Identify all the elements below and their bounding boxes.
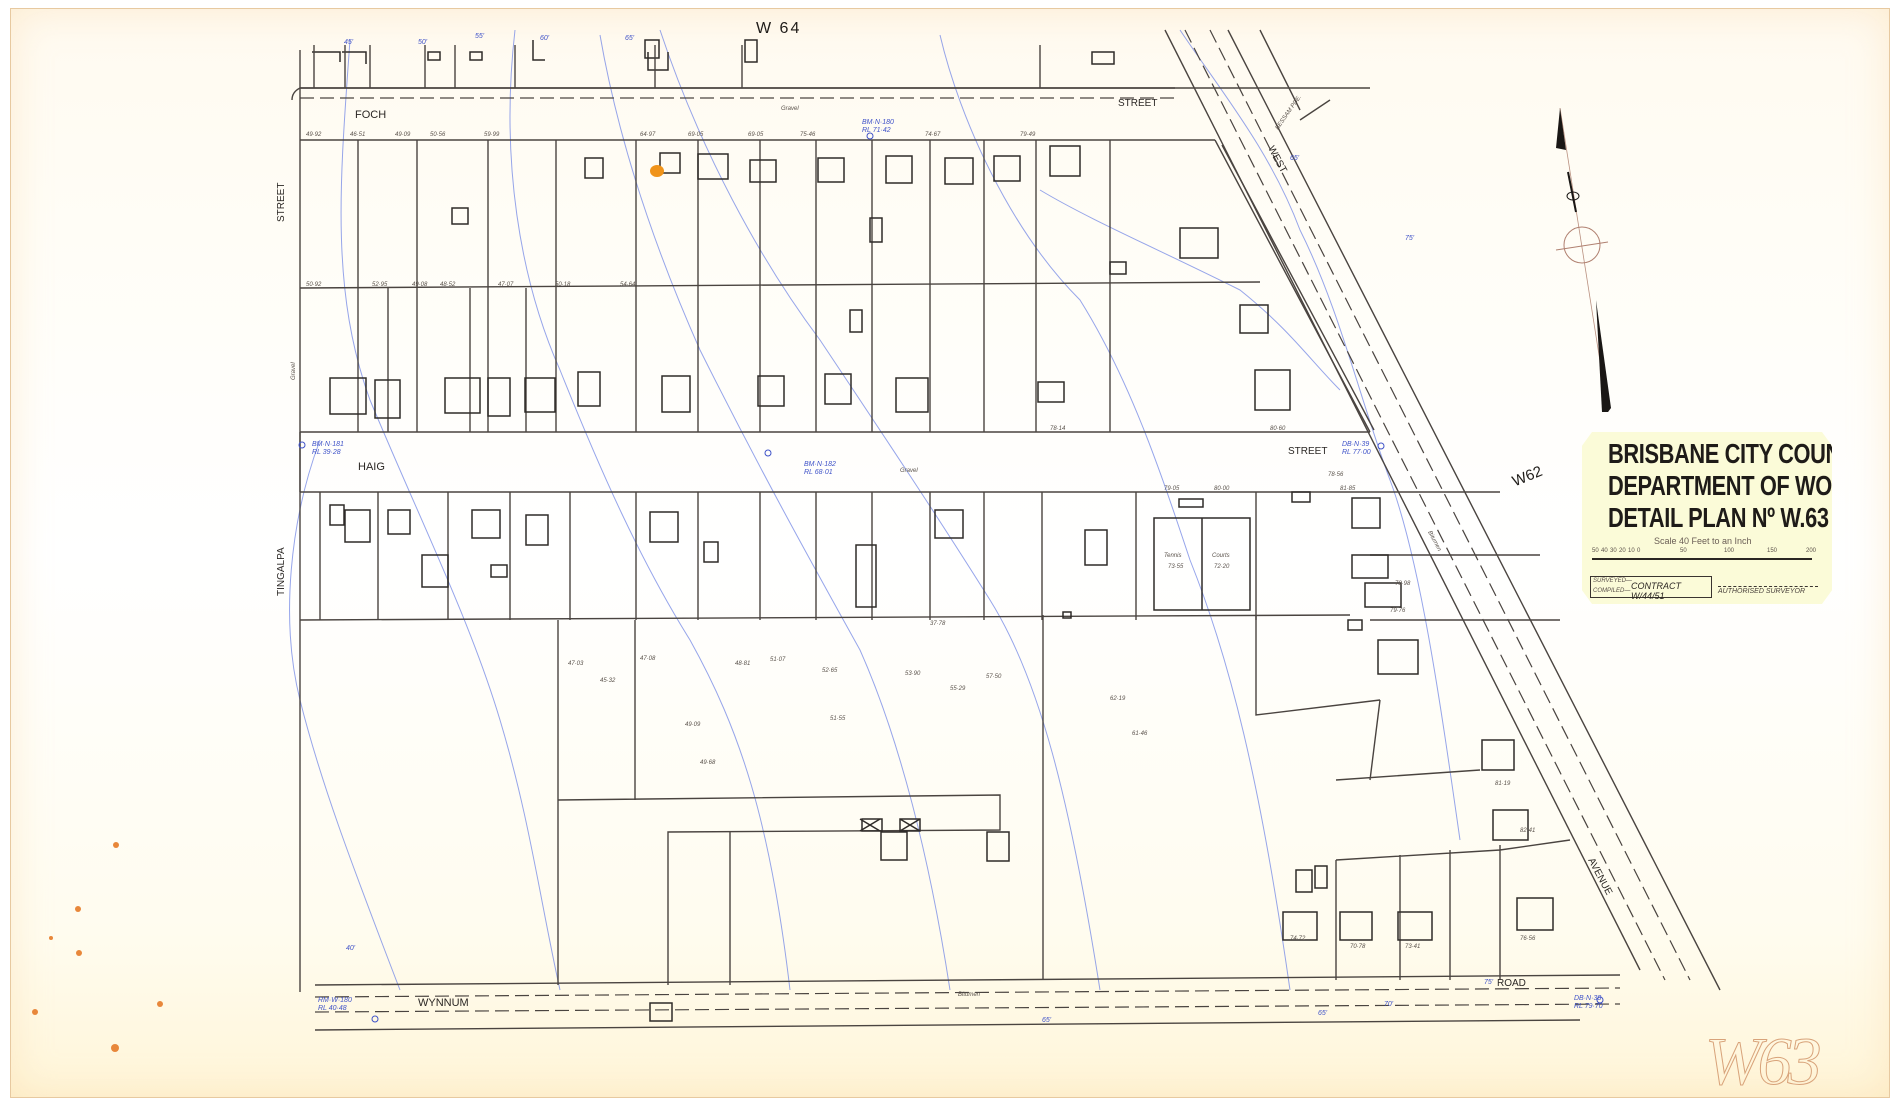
svg-text:60': 60' xyxy=(540,35,550,42)
wynnum-label: WYNNUM xyxy=(418,997,469,1009)
survey-info-box: SURVEYED— COMPILED— CONTRACT W/44/51 xyxy=(1590,576,1712,598)
svg-text:50·56: 50·56 xyxy=(430,132,446,138)
svg-text:64·97: 64·97 xyxy=(640,132,656,138)
svg-text:78·56: 78·56 xyxy=(1328,472,1344,478)
gravel-tingalpa-label: Gravel xyxy=(291,362,297,380)
tennis-level: 73·55 xyxy=(1168,564,1184,570)
sheet-ref-corner: W63 xyxy=(1705,1022,1818,1101)
svg-text:52·95: 52·95 xyxy=(372,282,388,288)
road-label: ROAD xyxy=(1497,978,1526,989)
foch-label: FOCH xyxy=(355,109,386,121)
svg-text:49·08: 49·08 xyxy=(412,282,428,288)
title-block: BRISBANE CITY COUNCIL DEPARTMENT OF WORK… xyxy=(1582,432,1832,604)
svg-text:DB·N·38: DB·N·38 xyxy=(1574,995,1601,1002)
svg-text:70': 70' xyxy=(1384,1001,1394,1008)
svg-text:75': 75' xyxy=(1405,235,1415,242)
svg-text:75': 75' xyxy=(1484,979,1494,986)
svg-text:80·00: 80·00 xyxy=(1214,486,1230,492)
spot-levels: 49·92 46·51 49·09 50·56 59·99 64·97 69·0… xyxy=(306,132,1536,950)
svg-text:RM·W·180: RM·W·180 xyxy=(318,997,352,1004)
street-network xyxy=(292,30,1720,1030)
svg-text:69·05: 69·05 xyxy=(748,132,764,138)
svg-text:65': 65' xyxy=(625,35,635,42)
svg-text:81·85: 81·85 xyxy=(1340,486,1356,492)
scale-text: Scale 40 Feet to an Inch xyxy=(1654,536,1752,546)
svg-text:55·29: 55·29 xyxy=(950,686,966,692)
svg-text:52·65: 52·65 xyxy=(822,668,838,674)
courts-level: 72·20 xyxy=(1214,564,1230,570)
contour-lines xyxy=(290,30,1460,990)
gravel-foch-label: Gravel xyxy=(781,106,799,112)
svg-text:RL 68·01: RL 68·01 xyxy=(804,469,833,476)
svg-text:74·67: 74·67 xyxy=(925,132,941,138)
svg-text:RL 39·28: RL 39·28 xyxy=(312,449,341,456)
svg-text:50': 50' xyxy=(418,39,428,46)
svg-text:RL 40·48: RL 40·48 xyxy=(318,1005,347,1012)
street-labels: FOCH STREET HAIG STREET TINGALPA STREET … xyxy=(276,94,1614,1009)
bessam-label: BESSAM PDE. xyxy=(1275,94,1303,131)
svg-text:82·41: 82·41 xyxy=(1520,828,1535,834)
sheet-ref-north: W 64 xyxy=(756,20,801,38)
svg-text:79·49: 79·49 xyxy=(1020,132,1036,138)
svg-text:BM·N·180: BM·N·180 xyxy=(862,119,894,126)
bitumen-south-label: Bitumen xyxy=(958,992,981,998)
svg-text:75·46: 75·46 xyxy=(800,132,816,138)
authorised-surveyor-label: AUTHORISED SURVEYOR xyxy=(1718,588,1805,595)
tennis-label: Tennis xyxy=(1164,553,1181,559)
foch-street-label: STREET xyxy=(1118,98,1157,109)
svg-text:50·18: 50·18 xyxy=(555,282,571,288)
svg-text:BM·N·182: BM·N·182 xyxy=(804,461,836,468)
svg-text:37·78: 37·78 xyxy=(930,621,946,627)
buildings xyxy=(330,146,1553,1021)
west-avenue-label: WEST xyxy=(1265,144,1288,175)
contour-labels: 45' 50' 55' 60' 65' 65' 40' 65' 65' 70' … xyxy=(344,33,1494,1024)
svg-text:65': 65' xyxy=(1318,1010,1328,1017)
north-arrow xyxy=(1556,108,1611,412)
svg-text:BM·N·181: BM·N·181 xyxy=(312,441,344,448)
plan-number: DETAIL PLAN Nº W.63 xyxy=(1608,502,1829,534)
svg-text:47·08: 47·08 xyxy=(640,656,656,662)
svg-text:80·60: 80·60 xyxy=(1270,426,1286,432)
tingalpa-label: TINGALPA xyxy=(276,547,287,596)
gravel-haig-label: Gravel xyxy=(900,468,918,474)
svg-text:62·19: 62·19 xyxy=(1110,696,1126,702)
svg-text:79·05: 79·05 xyxy=(1164,486,1180,492)
svg-text:65': 65' xyxy=(1290,155,1300,162)
svg-text:76·56: 76·56 xyxy=(1520,936,1536,942)
buildings-north xyxy=(300,40,1370,88)
svg-text:69·05: 69·05 xyxy=(688,132,704,138)
svg-text:RL 77·00: RL 77·00 xyxy=(1342,449,1371,456)
svg-text:61·46: 61·46 xyxy=(1132,731,1148,737)
svg-text:40': 40' xyxy=(346,945,356,952)
tingalpa-street-label: STREET xyxy=(276,183,287,222)
svg-text:51·07: 51·07 xyxy=(770,657,786,663)
scale-bar xyxy=(1592,558,1812,560)
svg-text:51·55: 51·55 xyxy=(830,716,846,722)
svg-text:RL 71·42: RL 71·42 xyxy=(862,127,891,134)
svg-text:49·09: 49·09 xyxy=(395,132,411,138)
paper-stains xyxy=(32,165,664,1052)
svg-text:73·41: 73·41 xyxy=(1405,944,1420,950)
contract-number: CONTRACT W/44/51 xyxy=(1631,581,1711,601)
haig-label: HAIG xyxy=(358,461,385,473)
svg-text:54·64: 54·64 xyxy=(620,282,636,288)
svg-text:DB·N·39: DB·N·39 xyxy=(1342,441,1369,448)
svg-text:48·52: 48·52 xyxy=(440,282,456,288)
svg-text:45·32: 45·32 xyxy=(600,678,616,684)
svg-text:46·51: 46·51 xyxy=(350,132,365,138)
courts-label: Courts xyxy=(1212,553,1230,559)
svg-text:57·50: 57·50 xyxy=(986,674,1002,680)
svg-text:47·03: 47·03 xyxy=(568,661,584,667)
svg-text:79·76: 79·76 xyxy=(1390,608,1406,614)
lot-boundaries xyxy=(300,140,1570,985)
svg-text:50·92: 50·92 xyxy=(306,282,322,288)
svg-text:81·19: 81·19 xyxy=(1495,781,1511,787)
svg-text:49·92: 49·92 xyxy=(306,132,322,138)
svg-text:78·98: 78·98 xyxy=(1395,581,1411,587)
svg-text:47·07: 47·07 xyxy=(498,282,514,288)
svg-text:45': 45' xyxy=(344,39,354,46)
detail-plan-sheet: FOCH STREET HAIG STREET TINGALPA STREET … xyxy=(0,0,1900,1103)
svg-text:RL 79·70: RL 79·70 xyxy=(1574,1003,1603,1010)
svg-text:48·81: 48·81 xyxy=(735,661,750,667)
svg-text:59·99: 59·99 xyxy=(484,132,500,138)
signature-line xyxy=(1718,578,1818,587)
svg-text:78·14: 78·14 xyxy=(1050,426,1066,432)
svg-text:53·90: 53·90 xyxy=(905,671,921,677)
svg-text:70·78: 70·78 xyxy=(1350,944,1366,950)
svg-text:55': 55' xyxy=(475,33,485,40)
svg-text:49·68: 49·68 xyxy=(700,760,716,766)
svg-text:49·09: 49·09 xyxy=(685,722,701,728)
svg-text:74·72: 74·72 xyxy=(1290,936,1306,942)
svg-text:65': 65' xyxy=(1042,1017,1052,1024)
haig-street-label: STREET xyxy=(1288,446,1327,457)
